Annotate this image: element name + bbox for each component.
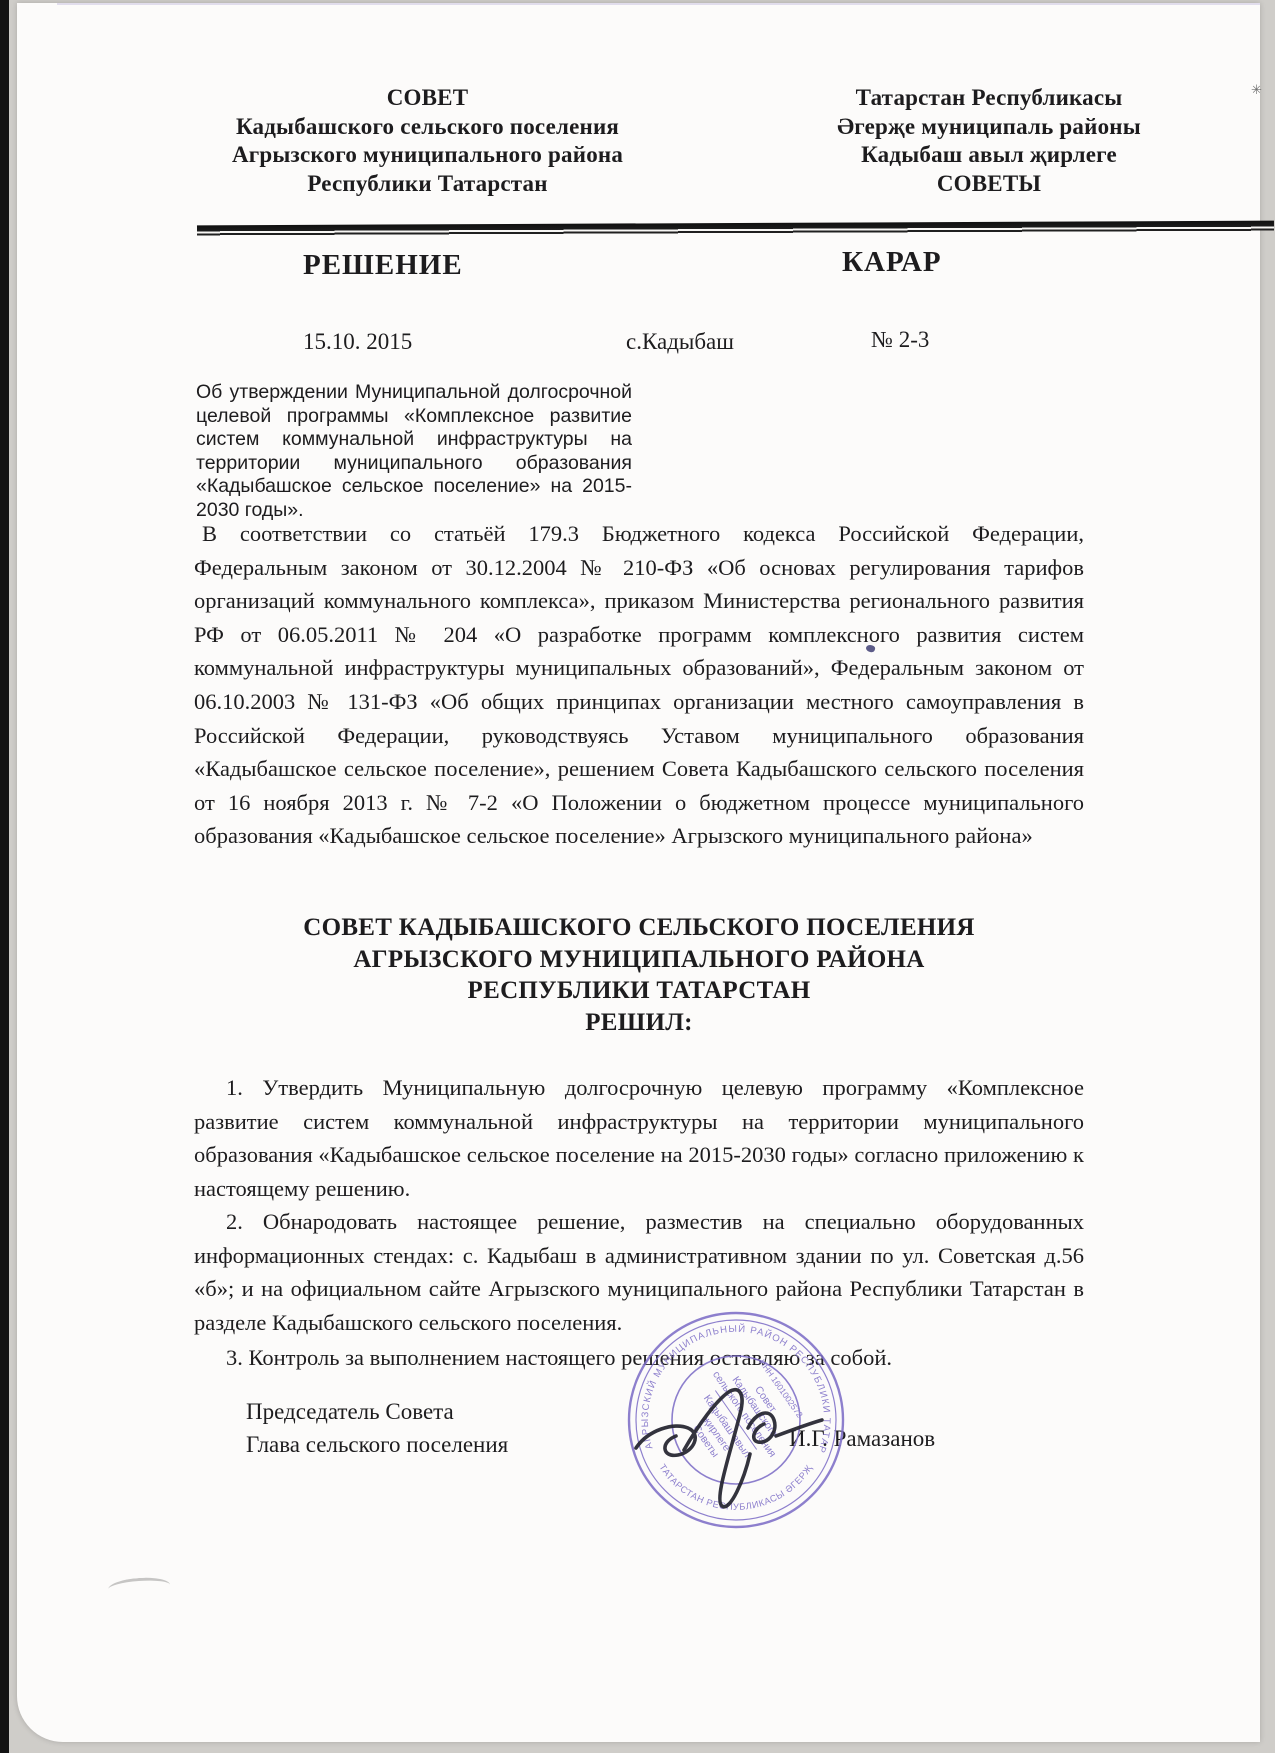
org-header-right-line3: Кадыбаш авыл җирлеге bbox=[758, 141, 1220, 170]
org-header-right: Татарстан Республикасы Әгерҗе муниципаль… bbox=[758, 84, 1220, 198]
signature-title-line1: Председатель Совета bbox=[246, 1395, 508, 1428]
signature-title-line2: Глава сельского поселения bbox=[246, 1428, 508, 1461]
handwritten-signature bbox=[608, 1372, 878, 1532]
org-header-left-line2: Кадыбашского сельского поселения bbox=[150, 113, 705, 142]
doc-date: 15.10. 2015 bbox=[303, 329, 412, 355]
doc-number: № 2-3 bbox=[871, 327, 929, 353]
doc-type-tt: КАРАР bbox=[842, 246, 942, 279]
resolution-heading: СОВЕТ КАДЫБАШСКОГО СЕЛЬСКОГО ПОСЕЛЕНИЯ А… bbox=[194, 912, 1084, 1038]
scan-edge-strip bbox=[0, 0, 9, 1753]
signature-titles: Председатель Совета Глава сельского посе… bbox=[246, 1395, 508, 1461]
scan-artifact-asterisk: ✳ bbox=[1251, 82, 1263, 94]
resolution-heading-line4: РЕШИЛ: bbox=[194, 1007, 1084, 1039]
subject-paragraph: Об утверждении Муниципальной долгосрочно… bbox=[196, 381, 632, 522]
resolution-heading-line2: АГРЫЗСКОГО МУНИЦИПАЛЬНОГО РАЙОНА bbox=[194, 944, 1084, 976]
resolution-item-1: 1. Утвердить Муниципальную долгосрочную … bbox=[194, 1071, 1084, 1205]
org-header-left: СОВЕТ Кадыбашского сельского поселения А… bbox=[150, 84, 705, 198]
org-header-left-line3: Агрызского муниципального района bbox=[150, 141, 705, 170]
resolution-heading-line3: РЕСПУБЛИКИ ТАТАРСТАН bbox=[194, 975, 1084, 1007]
org-header-right-line4: СОВЕТЫ bbox=[758, 170, 1220, 199]
org-header-right-line1: Татарстан Республикасы bbox=[758, 84, 1220, 113]
org-header-left-line1: СОВЕТ bbox=[150, 84, 705, 113]
scanned-document-page: { "doc": { "org_left": { "lines": ["СОВЕ… bbox=[0, 0, 1275, 1753]
org-header-left-line4: Республики Татарстан bbox=[150, 170, 705, 199]
doc-type-ru: РЕШЕНИЕ bbox=[303, 249, 463, 282]
doc-place: с.Кадыбаш bbox=[626, 329, 734, 355]
resolution-heading-line1: СОВЕТ КАДЫБАШСКОГО СЕЛЬСКОГО ПОСЕЛЕНИЯ bbox=[194, 912, 1084, 944]
preamble-paragraph: В соответствии со статьёй 179.3 Бюджетно… bbox=[194, 517, 1084, 853]
org-header-right-line2: Әгерҗе муниципаль районы bbox=[758, 113, 1220, 142]
